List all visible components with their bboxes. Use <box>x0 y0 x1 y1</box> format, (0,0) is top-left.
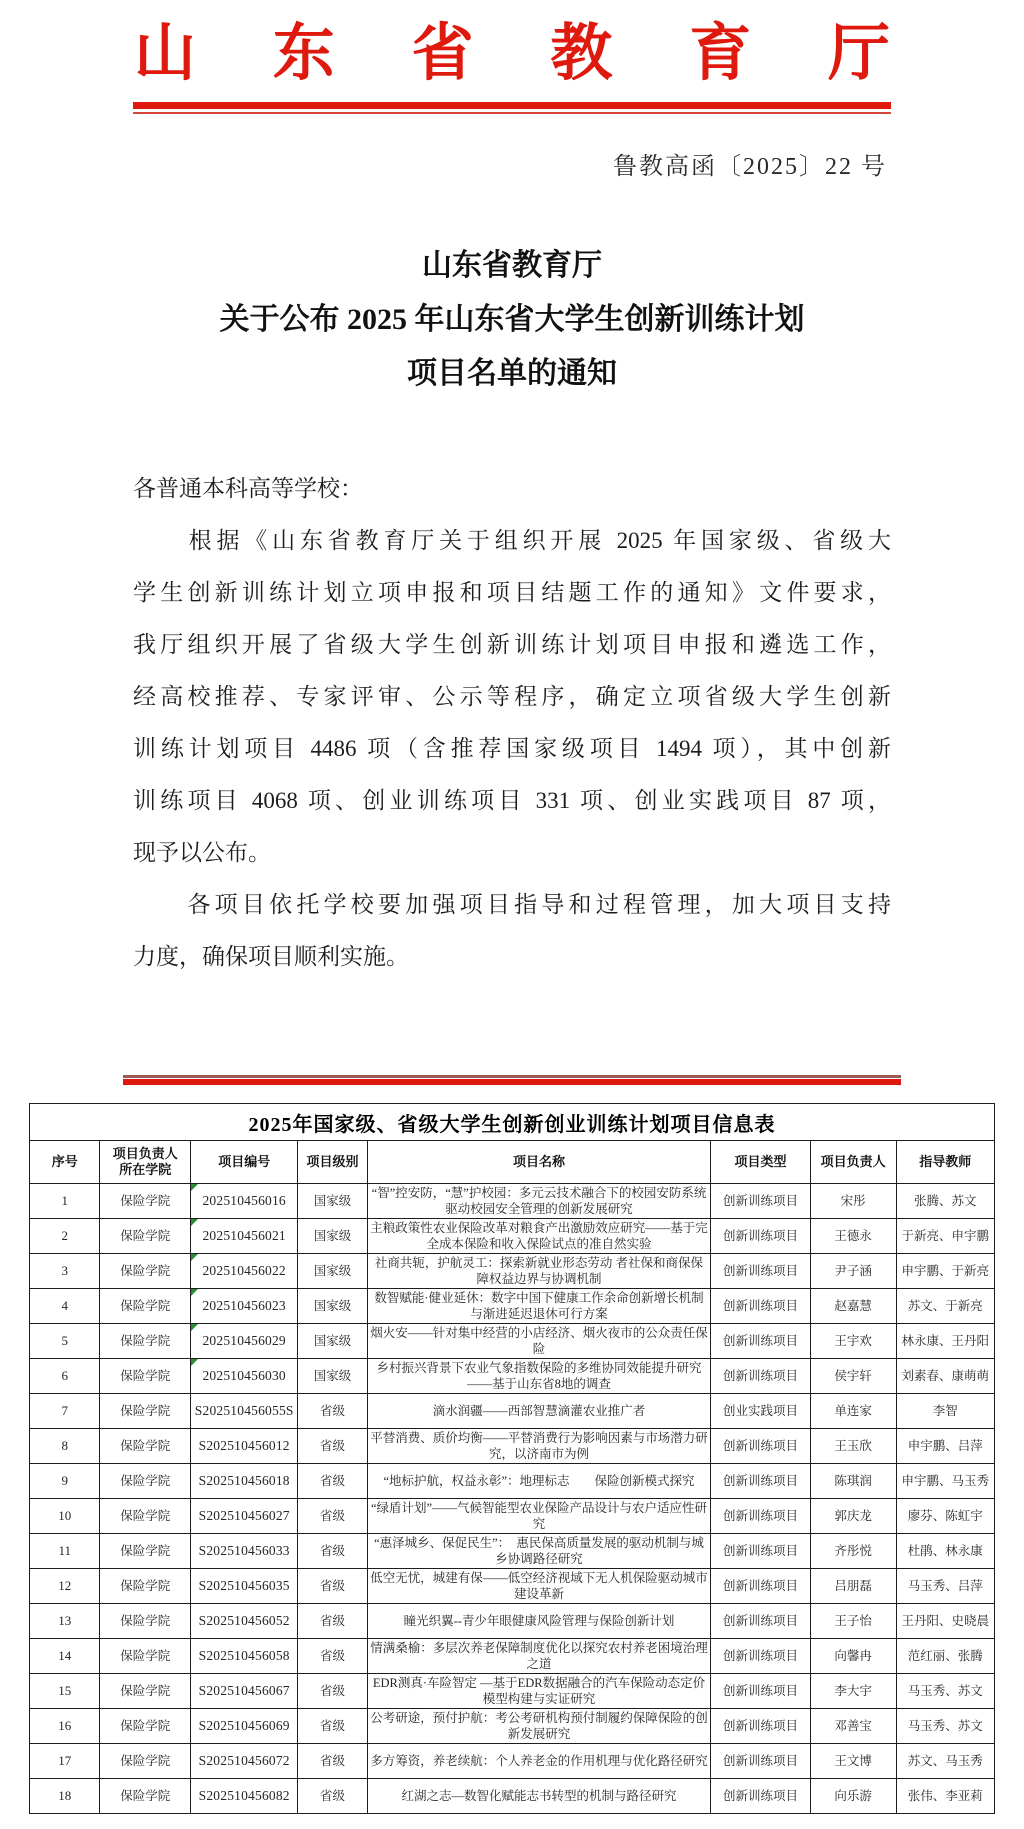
cell-serial: 12 <box>30 1569 100 1604</box>
cell-project-type: 创新训练项目 <box>711 1324 810 1359</box>
cell-college: 保险学院 <box>100 1359 191 1394</box>
cell-project-name: EDR测真·车险智定 —基于EDR数据融合的汽车保险动态定价模型构建与实证研究 <box>367 1674 711 1709</box>
body-line: 学生创新训练计划立项申报和项目结题工作的通知》文件要求， <box>133 567 891 619</box>
cell-college: 保险学院 <box>100 1674 191 1709</box>
cell-project-type: 创新训练项目 <box>711 1709 810 1744</box>
notice-title-line: 项目名单的通知 <box>0 347 1024 401</box>
letterhead-divider-thick-line <box>133 102 891 109</box>
cell-project-level: 国家级 <box>298 1359 367 1394</box>
cell-college: 保险学院 <box>100 1709 191 1744</box>
letterhead-title-char: 育 <box>689 14 751 94</box>
cell-project-level: 省级 <box>298 1604 367 1639</box>
table-row: 4保险学院202510456023国家级数智赋能·健业延休：数字中国下健康工作余… <box>30 1289 995 1324</box>
cell-project-leader: 王德永 <box>810 1219 896 1254</box>
cell-project-level: 省级 <box>298 1779 367 1814</box>
letterhead-title: 山东省教育厅 <box>134 0 890 94</box>
cell-project-type: 创新训练项目 <box>711 1744 810 1779</box>
table-row: 7保险学院S202510456055S省级滴水润疆——西部智慧滴灌农业推广者创业… <box>30 1394 995 1429</box>
cell-project-level: 省级 <box>298 1464 367 1499</box>
notice-title-line: 山东省教育厅 <box>0 239 1024 293</box>
letterhead-title-char: 省 <box>412 14 474 94</box>
cell-project-leader: 向馨冉 <box>810 1639 896 1674</box>
cell-project-level: 国家级 <box>298 1219 367 1254</box>
cell-advisors: 杜鹃、林永康 <box>896 1534 994 1569</box>
cell-college: 保险学院 <box>100 1254 191 1289</box>
table-row: 2保险学院202510456021国家级主粮政策性农业保险改革对粮食产出激励效应… <box>30 1219 995 1254</box>
cell-project-level: 省级 <box>298 1744 367 1779</box>
column-header: 项目名称 <box>367 1141 711 1184</box>
cell-project-name: 主粮政策性农业保险改革对粮食产出激励效应研究——基于完全成本保险和收入保险试点的… <box>367 1219 711 1254</box>
cell-serial: 8 <box>30 1429 100 1464</box>
table-row: 13保险学院S202510456052省级瞳光织翼--青少年眼健康风险管理与保险… <box>30 1604 995 1639</box>
cell-serial: 9 <box>30 1464 100 1499</box>
notice-title-line: 关于公布 2025 年山东省大学生创新训练计划 <box>0 293 1024 347</box>
cell-project-leader: 王子怡 <box>810 1604 896 1639</box>
column-header: 项目负责人 所在学院 <box>100 1141 191 1184</box>
cell-project-name: 公考研途，预付护航：考公考研机构预付制履约保障保险的创新发展研究 <box>367 1709 711 1744</box>
cell-project-name: 滴水润疆——西部智慧滴灌农业推广者 <box>367 1394 711 1429</box>
cell-college: 保险学院 <box>100 1429 191 1464</box>
cell-project-name: “绿盾计划”——气候智能型农业保险产品设计与农户适应性研究 <box>367 1499 711 1534</box>
cell-project-name: 乡村振兴背景下农业气象指数保险的多维协同效能提升研究——基于山东省8地的调查 <box>367 1359 711 1394</box>
body-line: 各项目依托学校要加强项目指导和过程管理，加大项目支持 <box>133 879 891 931</box>
cell-project-name: 多方筹资，养老续航：个人养老金的作用机理与优化路径研究 <box>367 1744 711 1779</box>
letterhead-title-char: 厅 <box>828 14 890 94</box>
cell-project-type: 创新训练项目 <box>711 1464 810 1499</box>
cell-advisors: 张腾、苏文 <box>896 1184 994 1219</box>
cell-college: 保险学院 <box>100 1779 191 1814</box>
cell-project-type: 创新训练项目 <box>711 1429 810 1464</box>
table-divider-thick-line <box>123 1079 901 1085</box>
cell-serial: 16 <box>30 1709 100 1744</box>
body-paragraph: 各项目依托学校要加强项目指导和过程管理，加大项目支持力度，确保项目顺利实施。 <box>133 879 891 983</box>
table-title: 2025年国家级、省级大学生创新创业训练计划项目信息表 <box>30 1104 995 1141</box>
cell-serial: 18 <box>30 1779 100 1814</box>
cell-project-name: 瞳光织翼--青少年眼健康风险管理与保险创新计划 <box>367 1604 711 1639</box>
cell-project-leader: 吕朋磊 <box>810 1569 896 1604</box>
cell-project-code: S202510456035 <box>191 1569 298 1604</box>
cell-serial: 10 <box>30 1499 100 1534</box>
letterhead-title-char: 东 <box>273 14 335 94</box>
cell-project-code: S202510456058 <box>191 1639 298 1674</box>
cell-advisors: 苏文、于新亮 <box>896 1289 994 1324</box>
cell-project-name: 情满桑榆：多层次养老保障制度优化以探究农村养老困境治理之道 <box>367 1639 711 1674</box>
cell-project-level: 省级 <box>298 1639 367 1674</box>
cell-advisors: 申宇鹏、于新亮 <box>896 1254 994 1289</box>
cell-serial: 7 <box>30 1394 100 1429</box>
cell-advisors: 范红丽、张腾 <box>896 1639 994 1674</box>
cell-project-level: 省级 <box>298 1394 367 1429</box>
column-header: 指导教师 <box>896 1141 994 1184</box>
cell-project-level: 省级 <box>298 1429 367 1464</box>
cell-serial: 6 <box>30 1359 100 1394</box>
table-row: 17保险学院S202510456072省级多方筹资，养老续航：个人养老金的作用机… <box>30 1744 995 1779</box>
table-row: 5保险学院202510456029国家级烟火安——针对集中经营的小店经济、烟火夜… <box>30 1324 995 1359</box>
letterhead-title-char: 山 <box>134 14 196 94</box>
table-row: 15保险学院S202510456067省级EDR测真·车险智定 —基于EDR数据… <box>30 1674 995 1709</box>
cell-project-type: 创新训练项目 <box>711 1569 810 1604</box>
cell-serial: 14 <box>30 1639 100 1674</box>
cell-project-level: 省级 <box>298 1569 367 1604</box>
body-line: 我厅组织开展了省级大学生创新训练计划项目申报和遴选工作， <box>133 619 891 671</box>
cell-advisors: 廖芬、陈虹宇 <box>896 1499 994 1534</box>
cell-college: 保险学院 <box>100 1324 191 1359</box>
cell-project-code: S202510456055S <box>191 1394 298 1429</box>
cell-serial: 13 <box>30 1604 100 1639</box>
cell-advisors: 王丹阳、史晓晨 <box>896 1604 994 1639</box>
cell-project-name: 烟火安——针对集中经营的小店经济、烟火夜市的公众责任保险 <box>367 1324 711 1359</box>
cell-project-leader: 李大宇 <box>810 1674 896 1709</box>
cell-project-leader: 尹子涵 <box>810 1254 896 1289</box>
body-paragraphs: 根据《山东省教育厅关于组织开展 2025 年国家级、省级大学生创新训练计划立项申… <box>133 515 891 983</box>
table-title-row: 2025年国家级、省级大学生创新创业训练计划项目信息表 <box>30 1104 995 1141</box>
cell-advisors: 于新亮、申宇鹏 <box>896 1219 994 1254</box>
cell-project-code: S202510456067 <box>191 1674 298 1709</box>
body-line: 现予以公布。 <box>133 827 891 879</box>
cell-advisors: 苏文、马玉秀 <box>896 1744 994 1779</box>
body-paragraph: 根据《山东省教育厅关于组织开展 2025 年国家级、省级大学生创新训练计划立项申… <box>133 515 891 879</box>
table-row: 1保险学院202510456016国家级“智”控安防，“慧”护校园：多元云技术融… <box>30 1184 995 1219</box>
cell-advisors: 申宇鹏、马玉秀 <box>896 1464 994 1499</box>
cell-project-type: 创新训练项目 <box>711 1289 810 1324</box>
cell-project-type: 创新训练项目 <box>711 1604 810 1639</box>
cell-project-leader: 陈琪润 <box>810 1464 896 1499</box>
cell-project-leader: 王文博 <box>810 1744 896 1779</box>
cell-college: 保险学院 <box>100 1289 191 1324</box>
table-row: 9保险学院S202510456018省级“地标护航，权益永彰”：地理标志 保险创… <box>30 1464 995 1499</box>
cell-college: 保险学院 <box>100 1604 191 1639</box>
table-header-row: 序号项目负责人 所在学院项目编号项目级别项目名称项目类型项目负责人指导教师 <box>30 1141 995 1184</box>
cell-serial: 5 <box>30 1324 100 1359</box>
cell-project-level: 国家级 <box>298 1324 367 1359</box>
salutation: 各普通本科高等学校： <box>133 463 891 515</box>
cell-serial: 17 <box>30 1744 100 1779</box>
cell-advisors: 李智 <box>896 1394 994 1429</box>
cell-project-level: 国家级 <box>298 1289 367 1324</box>
cell-project-level: 省级 <box>298 1534 367 1569</box>
cell-project-type: 创新训练项目 <box>711 1359 810 1394</box>
cell-project-leader: 郭庆龙 <box>810 1499 896 1534</box>
cell-project-code: S202510456052 <box>191 1604 298 1639</box>
cell-project-level: 国家级 <box>298 1184 367 1219</box>
cell-project-type: 创业实践项目 <box>711 1394 810 1429</box>
cell-project-code: S202510456072 <box>191 1744 298 1779</box>
notice-body: 各普通本科高等学校： 根据《山东省教育厅关于组织开展 2025 年国家级、省级大… <box>133 463 891 983</box>
cell-project-code: 202510456029 <box>191 1324 298 1359</box>
cell-advisors: 林永康、王丹阳 <box>896 1324 994 1359</box>
cell-project-name: 数智赋能·健业延休：数字中国下健康工作余命创新增长机制与渐进延迟退休可行方案 <box>367 1289 711 1324</box>
cell-advisors: 马玉秀、苏文 <box>896 1674 994 1709</box>
cell-project-name: 社商共轭，护航灵工：探索新就业形态劳动 者社保和商保保障权益边界与协调机制 <box>367 1254 711 1289</box>
cell-project-name: 低空无忧，城建有保——低空经济视域下无人机保险驱动城市建设革新 <box>367 1569 711 1604</box>
column-header: 项目编号 <box>191 1141 298 1184</box>
column-header: 序号 <box>30 1141 100 1184</box>
table-row: 6保险学院202510456030国家级乡村振兴背景下农业气象指数保险的多维协同… <box>30 1359 995 1394</box>
cell-project-code: 202510456021 <box>191 1219 298 1254</box>
cell-project-leader: 侯宇轩 <box>810 1359 896 1394</box>
doc-number: 鲁教高函〔2025〕22 号 <box>0 146 1024 181</box>
notice-title: 山东省教育厅关于公布 2025 年山东省大学生创新训练计划项目名单的通知 <box>0 239 1024 401</box>
cell-project-leader: 王玉欣 <box>810 1429 896 1464</box>
cell-project-type: 创新训练项目 <box>711 1499 810 1534</box>
cell-serial: 11 <box>30 1534 100 1569</box>
table-row: 16保险学院S202510456069省级公考研途，预付护航：考公考研机构预付制… <box>30 1709 995 1744</box>
table-row: 11保险学院S202510456033省级“惠泽城乡、保促民生”： 惠民保高质量… <box>30 1534 995 1569</box>
cell-project-leader: 王宇欢 <box>810 1324 896 1359</box>
cell-project-type: 创新训练项目 <box>711 1779 810 1814</box>
cell-college: 保险学院 <box>100 1184 191 1219</box>
table-row: 12保险学院S202510456035省级低空无忧，城建有保——低空经济视域下无… <box>30 1569 995 1604</box>
cell-project-code: S202510456069 <box>191 1709 298 1744</box>
cell-project-name: 平替消费、质价均衡——平替消费行为影响因素与市场潜力研究，以济南市为例 <box>367 1429 711 1464</box>
cell-project-level: 省级 <box>298 1674 367 1709</box>
cell-college: 保险学院 <box>100 1394 191 1429</box>
cell-college: 保险学院 <box>100 1499 191 1534</box>
cell-project-code: S202510456018 <box>191 1464 298 1499</box>
cell-project-level: 省级 <box>298 1709 367 1744</box>
cell-serial: 2 <box>30 1219 100 1254</box>
cell-project-code: 202510456016 <box>191 1184 298 1219</box>
cell-project-type: 创新训练项目 <box>711 1219 810 1254</box>
body-line: 训练项目 4068 项、创业训练项目 331 项、创业实践项目 87 项， <box>133 775 891 827</box>
column-header: 项目负责人 <box>810 1141 896 1184</box>
cell-project-leader: 邓善宝 <box>810 1709 896 1744</box>
cell-serial: 4 <box>30 1289 100 1324</box>
cell-project-leader: 宋彤 <box>810 1184 896 1219</box>
cell-project-type: 创新训练项目 <box>711 1184 810 1219</box>
cell-college: 保险学院 <box>100 1219 191 1254</box>
cell-college: 保险学院 <box>100 1639 191 1674</box>
cell-project-type: 创新训练项目 <box>711 1254 810 1289</box>
table-body: 1保险学院202510456016国家级“智”控安防，“慧”护校园：多元云技术融… <box>30 1184 995 1814</box>
cell-advisors: 马玉秀、苏文 <box>896 1709 994 1744</box>
cell-serial: 15 <box>30 1674 100 1709</box>
column-header: 项目类型 <box>711 1141 810 1184</box>
cell-project-type: 创新训练项目 <box>711 1639 810 1674</box>
cell-project-name: “惠泽城乡、保促民生”： 惠民保高质量发展的驱动机制与城乡协调路径研究 <box>367 1534 711 1569</box>
cell-serial: 1 <box>30 1184 100 1219</box>
cell-college: 保险学院 <box>100 1744 191 1779</box>
cell-project-name: “地标护航，权益永彰”：地理标志 保险创新模式探究 <box>367 1464 711 1499</box>
cell-project-level: 省级 <box>298 1499 367 1534</box>
cell-project-name: 红湖之志—数智化赋能志书转型的机制与路径研究 <box>367 1779 711 1814</box>
body-line: 根据《山东省教育厅关于组织开展 2025 年国家级、省级大 <box>133 515 891 567</box>
cell-project-level: 国家级 <box>298 1254 367 1289</box>
body-line: 力度，确保项目顺利实施。 <box>133 931 891 983</box>
cell-project-code: S202510456082 <box>191 1779 298 1814</box>
cell-college: 保险学院 <box>100 1464 191 1499</box>
cell-college: 保险学院 <box>100 1534 191 1569</box>
letterhead-divider <box>133 102 891 114</box>
cell-advisors: 申宇鹏、吕萍 <box>896 1429 994 1464</box>
cell-project-leader: 单连家 <box>810 1394 896 1429</box>
cell-project-code: 202510456022 <box>191 1254 298 1289</box>
cell-project-leader: 齐彤悦 <box>810 1534 896 1569</box>
letterhead-title-char: 教 <box>550 14 612 94</box>
cell-project-leader: 赵嘉慧 <box>810 1289 896 1324</box>
cell-project-name: “智”控安防，“慧”护校园：多元云技术融合下的校园安防系统驱动校园安全管理的创新… <box>367 1184 711 1219</box>
table-row: 14保险学院S202510456058省级情满桑榆：多层次养老保障制度优化以探究… <box>30 1639 995 1674</box>
table-row: 3保险学院202510456022国家级社商共轭，护航灵工：探索新就业形态劳动 … <box>30 1254 995 1289</box>
cell-serial: 3 <box>30 1254 100 1289</box>
cell-project-type: 创新训练项目 <box>711 1534 810 1569</box>
cell-project-code: S202510456027 <box>191 1499 298 1534</box>
table-row: 8保险学院S202510456012省级平替消费、质价均衡——平替消费行为影响因… <box>30 1429 995 1464</box>
cell-project-code: S202510456012 <box>191 1429 298 1464</box>
cell-college: 保险学院 <box>100 1569 191 1604</box>
cell-advisors: 张伟、李亚莉 <box>896 1779 994 1814</box>
body-line: 经高校推荐、专家评审、公示等程序，确定立项省级大学生创新 <box>133 671 891 723</box>
table-divider-thin-line <box>123 1075 901 1078</box>
table-row: 10保险学院S202510456027省级“绿盾计划”——气候智能型农业保险产品… <box>30 1499 995 1534</box>
body-line: 训练计划项目 4486 项（含推荐国家级项目 1494 项），其中创新 <box>133 723 891 775</box>
cell-advisors: 刘素春、康萌萌 <box>896 1359 994 1394</box>
cell-project-code: S202510456033 <box>191 1534 298 1569</box>
cell-project-code: 202510456030 <box>191 1359 298 1394</box>
table-top-divider <box>123 1075 901 1085</box>
projects-table: 2025年国家级、省级大学生创新创业训练计划项目信息表 序号项目负责人 所在学院… <box>29 1103 995 1814</box>
table-row: 18保险学院S202510456082省级红湖之志—数智化赋能志书转型的机制与路… <box>30 1779 995 1814</box>
document-page: 山东省教育厅 鲁教高函〔2025〕22 号 山东省教育厅关于公布 2025 年山… <box>0 0 1024 1829</box>
letterhead-divider-thin-line <box>133 112 891 114</box>
cell-project-type: 创新训练项目 <box>711 1674 810 1709</box>
cell-project-code: 202510456023 <box>191 1289 298 1324</box>
cell-advisors: 马玉秀、吕萍 <box>896 1569 994 1604</box>
column-header: 项目级别 <box>298 1141 367 1184</box>
cell-project-leader: 向乐游 <box>810 1779 896 1814</box>
